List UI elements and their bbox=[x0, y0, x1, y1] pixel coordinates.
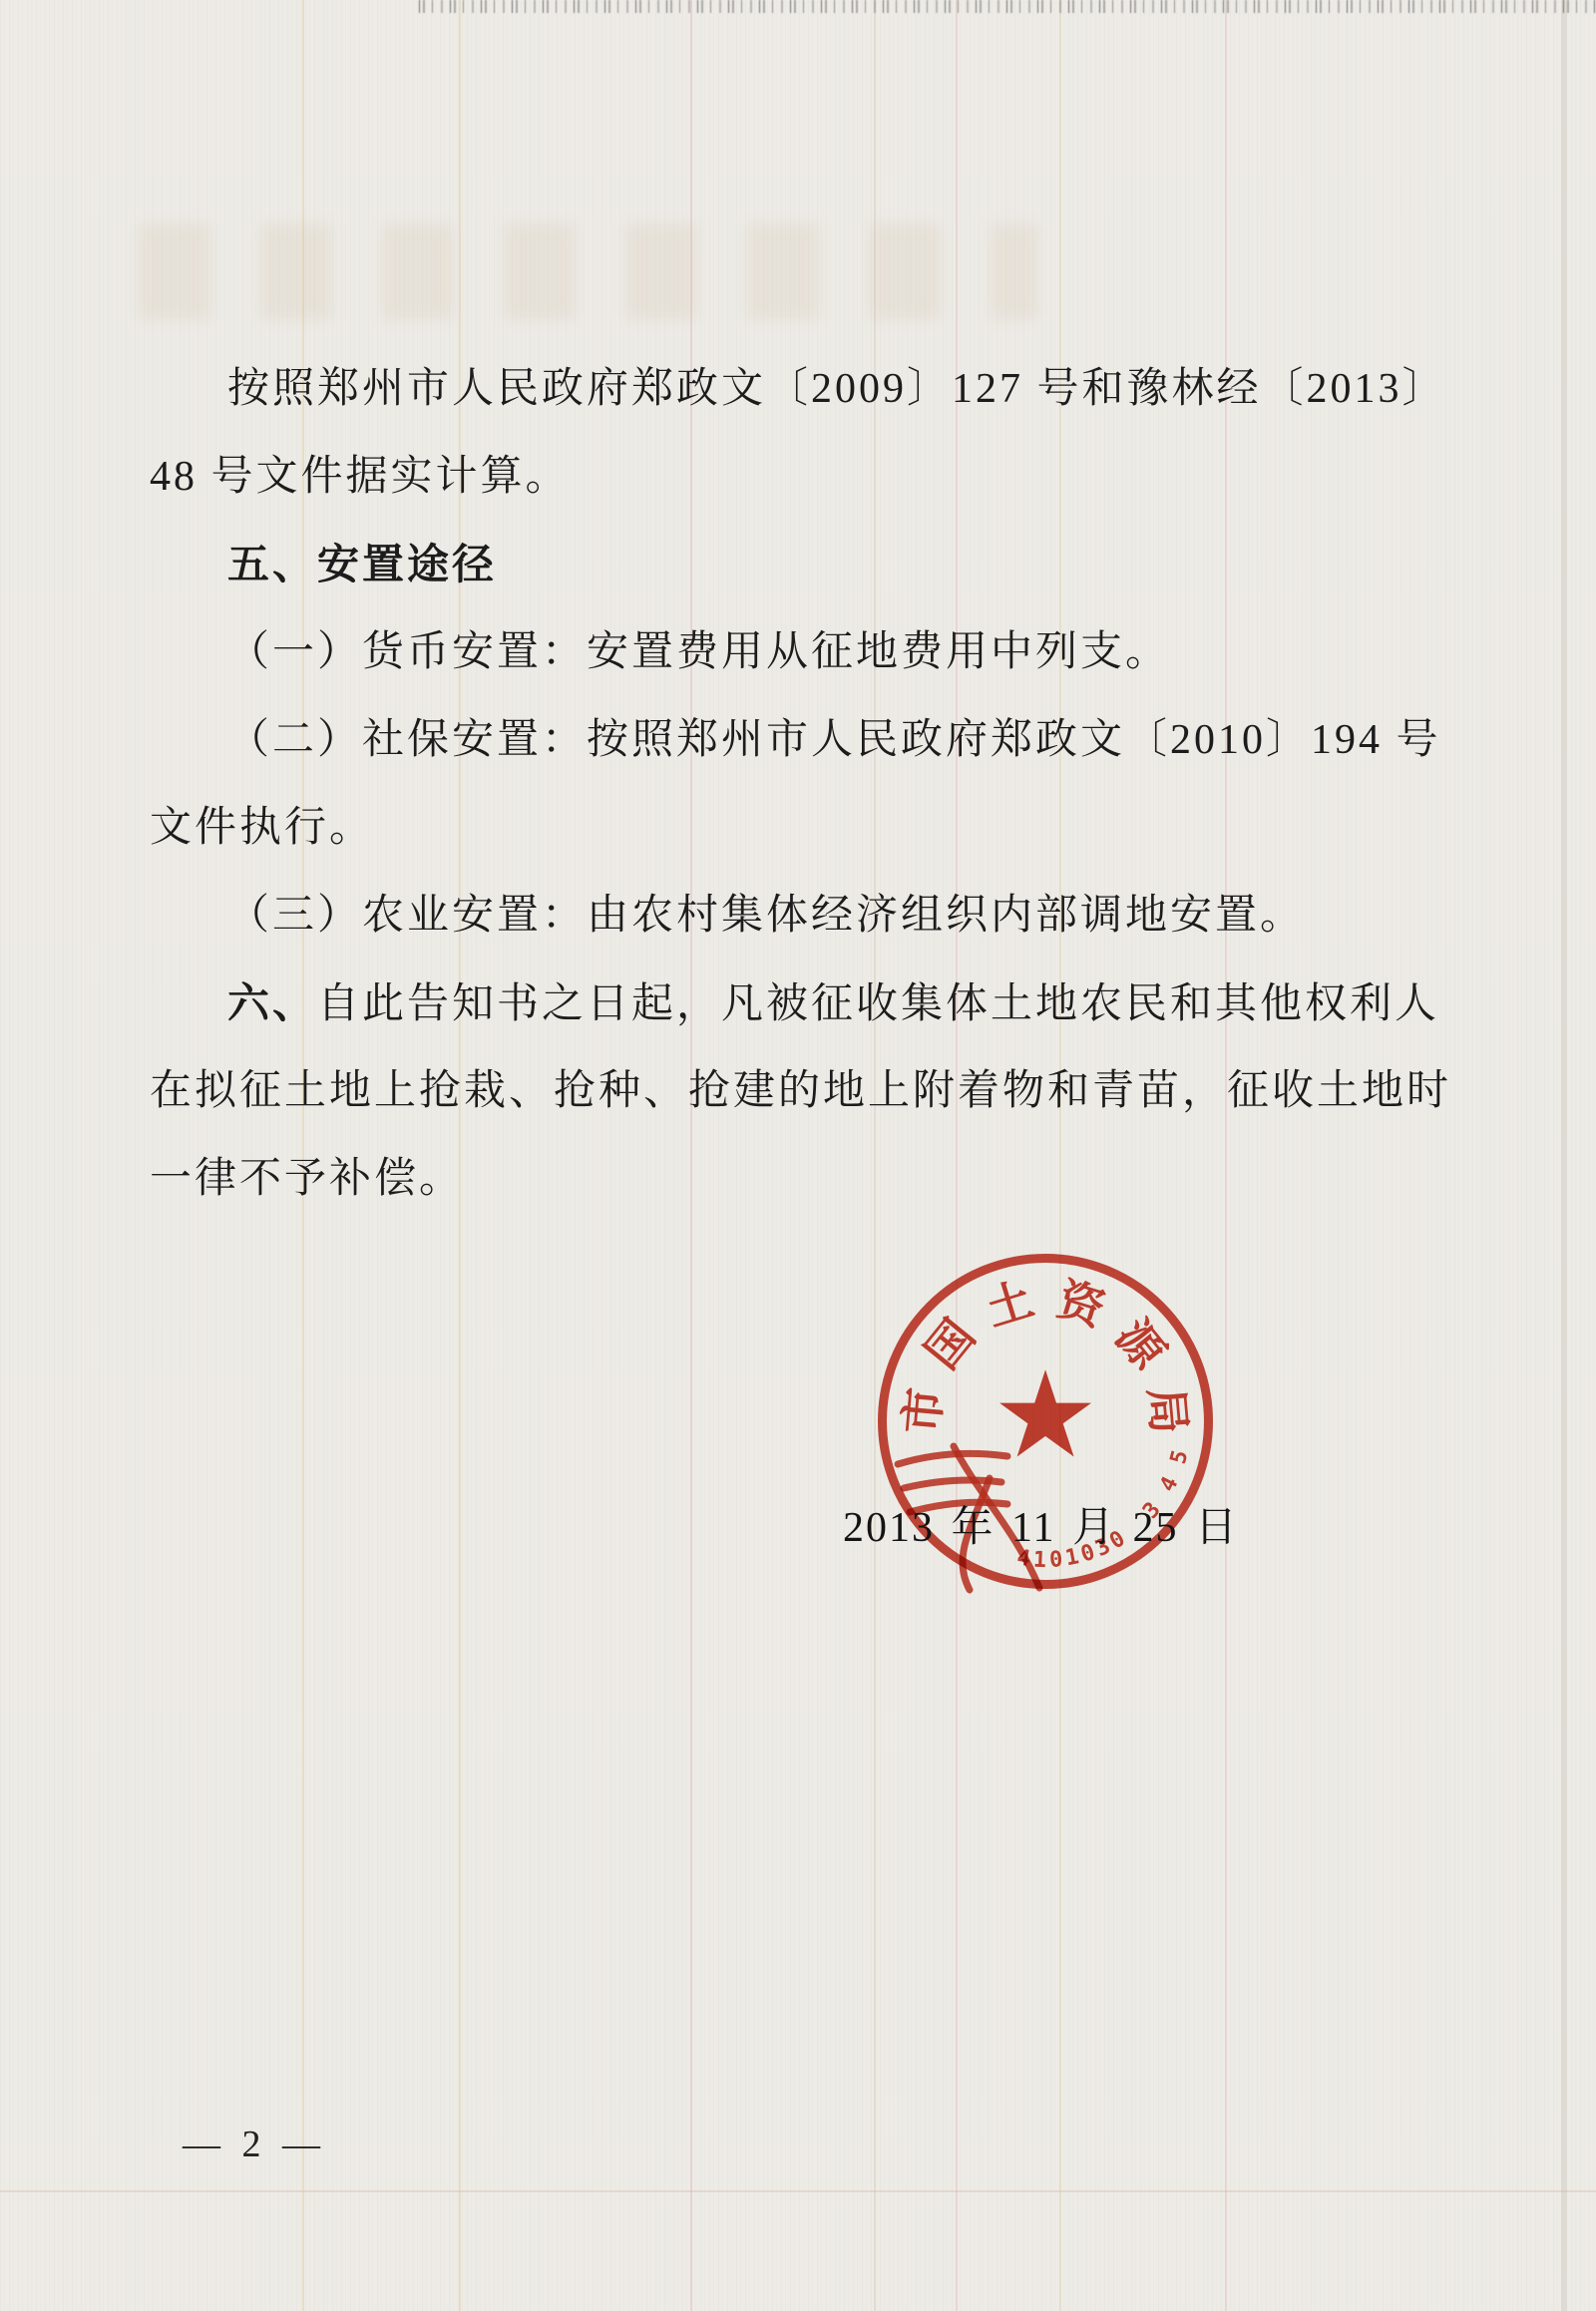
scanner-noise-band bbox=[419, 0, 1596, 13]
seal-serial-digit: 4 bbox=[1157, 1474, 1183, 1496]
bleed-through-ghost-text bbox=[140, 224, 1037, 319]
seal-arc-char: 源 bbox=[1107, 1313, 1172, 1377]
document-date: 2013 年 11 月 25 日 bbox=[843, 1494, 1239, 1554]
text-line: 六、自此告知书之日起，凡被征收集体土地农民和其他权利人 bbox=[150, 960, 1476, 1047]
document-body: 按照郑州市人民政府郑政文〔2009〕127 号和豫林经〔2013〕48 号文件据… bbox=[150, 345, 1476, 1223]
bold-list-marker: 六、 bbox=[227, 979, 317, 1026]
text-line: （一）货币安置：安置费用从征地费用中列支。 bbox=[150, 608, 1476, 696]
text-line: 五、安置途径 bbox=[150, 521, 1476, 608]
text-line: （二）社保安置：按照郑州市人民政府郑政文〔2010〕194 号 bbox=[150, 696, 1476, 784]
text-line: 文件执行。 bbox=[150, 784, 1476, 872]
seal-arc-char: 资 bbox=[1052, 1277, 1109, 1334]
seal-arc-char: 局 bbox=[1142, 1385, 1192, 1435]
text-line: 按照郑州市人民政府郑政文〔2009〕127 号和豫林经〔2013〕 bbox=[150, 345, 1476, 433]
page-number: — 2 — bbox=[183, 2122, 326, 2166]
text-line: 48 号文件据实计算。 bbox=[150, 433, 1476, 521]
text-line: 一律不予补偿。 bbox=[150, 1135, 1476, 1223]
text-line: 在拟征土地上抢栽、抢种、抢建的地上附着物和青苗，征收土地时 bbox=[150, 1047, 1476, 1135]
scanned-document-page: 按照郑州市人民政府郑政文〔2009〕127 号和豫林经〔2013〕48 号文件据… bbox=[0, 0, 1596, 2311]
text-line: （三）农业安置：由农村集体经济组织内部调地安置。 bbox=[150, 872, 1476, 960]
seal-arc-char: 市 bbox=[900, 1385, 950, 1435]
seal-arc-char: 国 bbox=[919, 1313, 984, 1377]
seal-serial-digit: 5 bbox=[1168, 1448, 1193, 1466]
seal-arc-char: 土 bbox=[982, 1277, 1038, 1334]
